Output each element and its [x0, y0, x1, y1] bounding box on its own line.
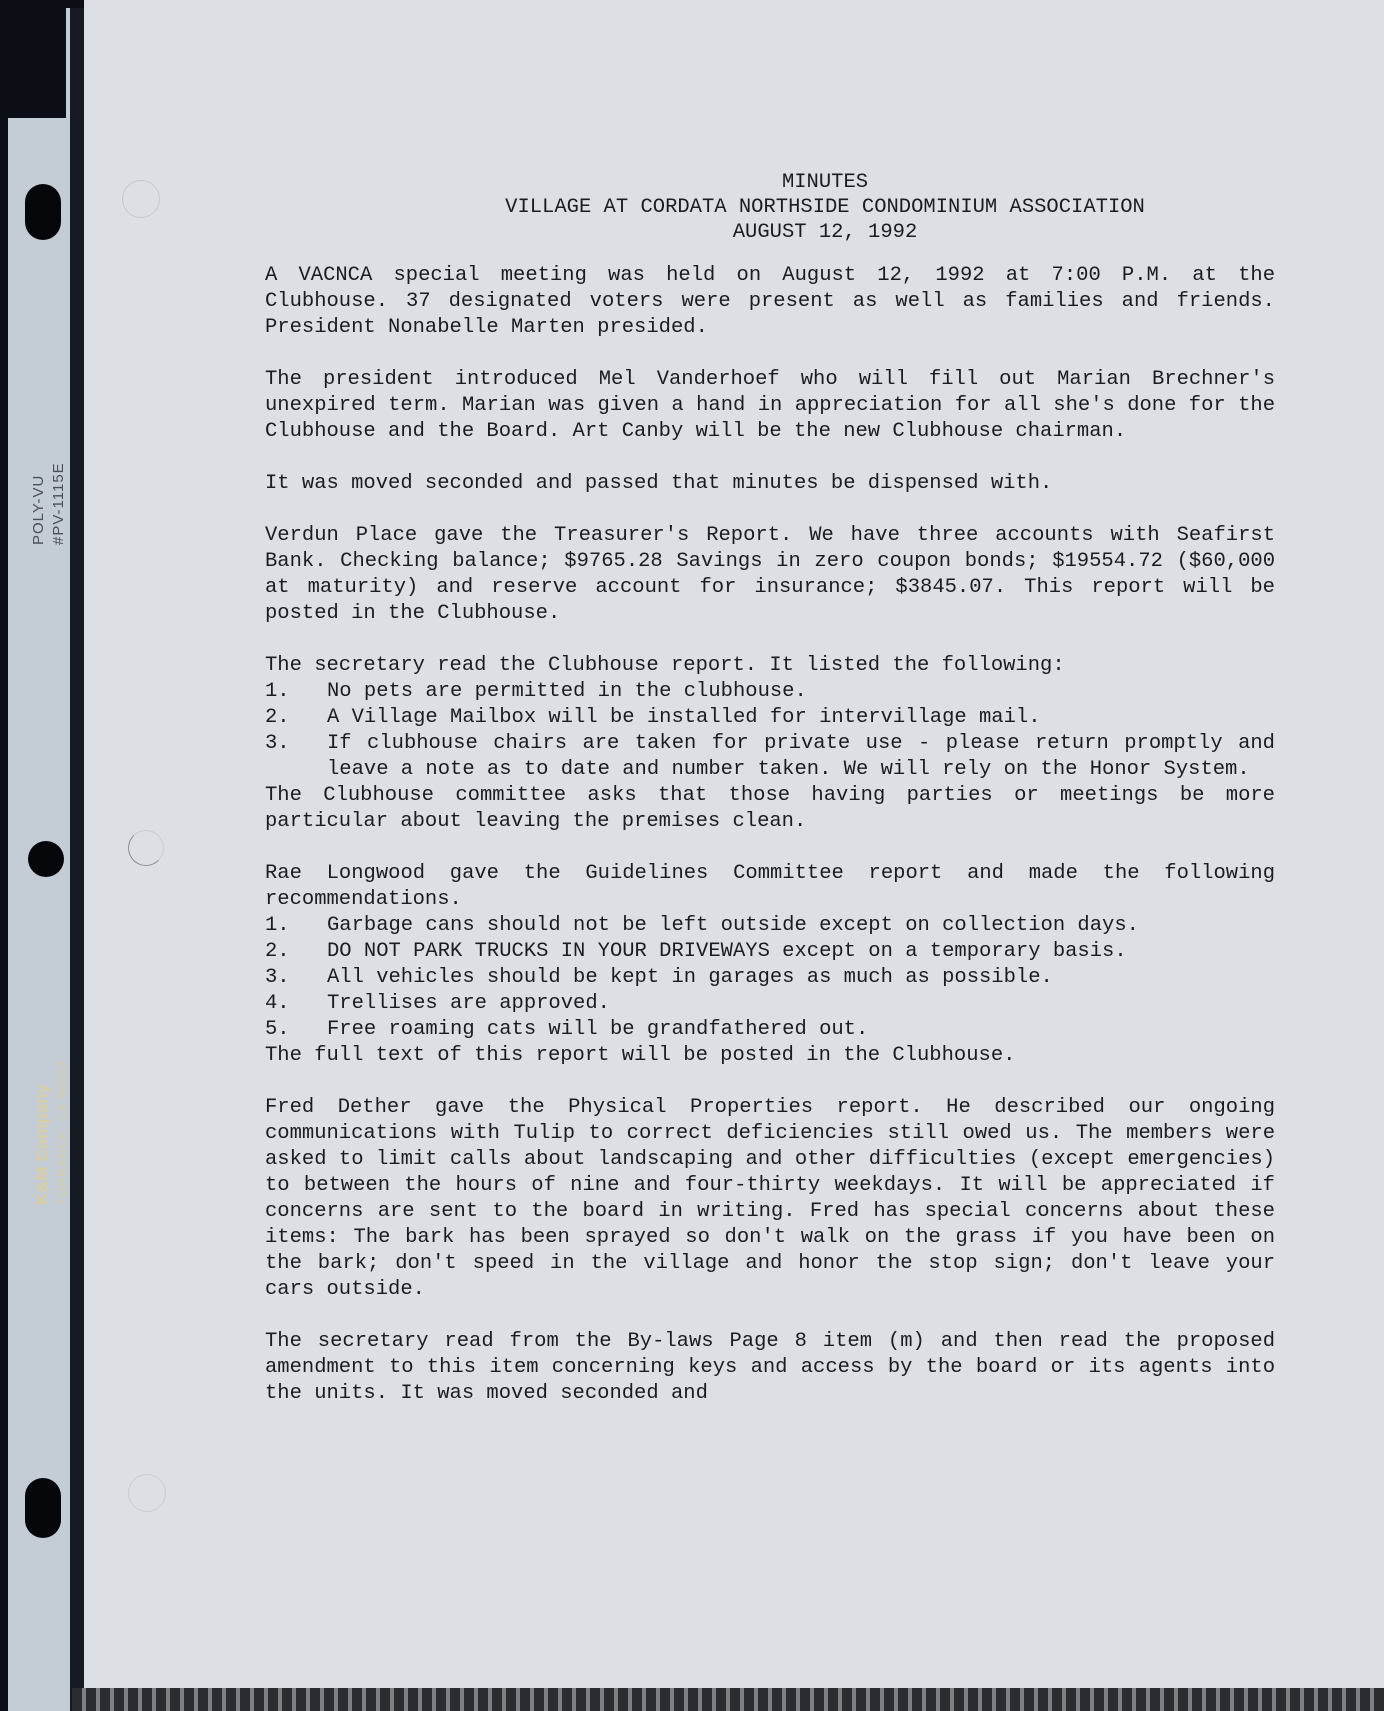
binder-rail: [70, 8, 84, 1711]
guidelines-report-closing: The full text of this report will be pos…: [265, 1043, 1275, 1069]
list-item: 2.DO NOT PARK TRUCKS IN YOUR DRIVEWAYS e…: [265, 939, 1275, 965]
list-item: 2.A Village Mailbox will be installed fo…: [265, 705, 1275, 731]
strip-brand-name: K&M Company: [32, 1084, 52, 1205]
guidelines-report-intro: Rae Longwood gave the Guidelines Committ…: [265, 861, 1275, 913]
clubhouse-report-intro: The secretary read the Clubhouse report.…: [265, 653, 1275, 679]
list-item: 3.All vehicles should be kept in garages…: [265, 965, 1275, 991]
minutes-document: MINUTES VILLAGE AT CORDATA NORTHSIDE CON…: [265, 170, 1275, 1407]
perforated-edge: [72, 1688, 1384, 1711]
punch-hole-top: [25, 184, 61, 240]
document-title: MINUTES: [325, 170, 1325, 195]
list-item: 3.If clubhouse chairs are taken for priv…: [265, 731, 1275, 783]
punch-hole-bottom: [25, 1478, 61, 1538]
punch-mark-middle: [128, 830, 164, 866]
opening-paragraph: A VACNCA special meeting was held on Aug…: [265, 263, 1275, 341]
punch-mark-top: [122, 180, 160, 218]
organization-name: VILLAGE AT CORDATA NORTHSIDE CONDOMINIUM…: [325, 195, 1325, 220]
guidelines-report-section: Rae Longwood gave the Guidelines Committ…: [265, 861, 1275, 1069]
meeting-date: AUGUST 12, 1992: [325, 220, 1325, 245]
list-item: 1.No pets are permitted in the clubhouse…: [265, 679, 1275, 705]
list-item: 1.Garbage cans should not be left outsid…: [265, 913, 1275, 939]
list-item: 4.Trellises are approved.: [265, 991, 1275, 1017]
physical-properties-paragraph: Fred Dether gave the Physical Properties…: [265, 1095, 1275, 1303]
clubhouse-report-section: The secretary read the Clubhouse report.…: [265, 653, 1275, 835]
minutes-motion-paragraph: It was moved seconded and passed that mi…: [265, 471, 1275, 497]
strip-brand-location: TORRANCE, CA 90503: [55, 1061, 69, 1206]
introduction-paragraph: The president introduced Mel Vanderhoef …: [265, 367, 1275, 445]
guidelines-report-list: 1.Garbage cans should not be left outsid…: [265, 913, 1275, 1043]
document-header: MINUTES VILLAGE AT CORDATA NORTHSIDE CON…: [325, 170, 1325, 245]
clubhouse-report-list: 1.No pets are permitted in the clubhouse…: [265, 679, 1275, 783]
strip-stamp-line-2: #PV-1115E: [50, 462, 67, 545]
strip-stamp-line-1: POLY-VU: [30, 475, 47, 545]
bylaws-paragraph: The secretary read from the By-laws Page…: [265, 1329, 1275, 1407]
punch-mark-bottom: [128, 1474, 166, 1512]
treasurer-report-paragraph: Verdun Place gave the Treasurer's Report…: [265, 523, 1275, 627]
sheet-protector-strip: [8, 118, 72, 1711]
clubhouse-report-closing: The Clubhouse committee asks that those …: [265, 783, 1275, 835]
list-item: 5.Free roaming cats will be grandfathere…: [265, 1017, 1275, 1043]
punch-hole-middle: [28, 841, 64, 877]
